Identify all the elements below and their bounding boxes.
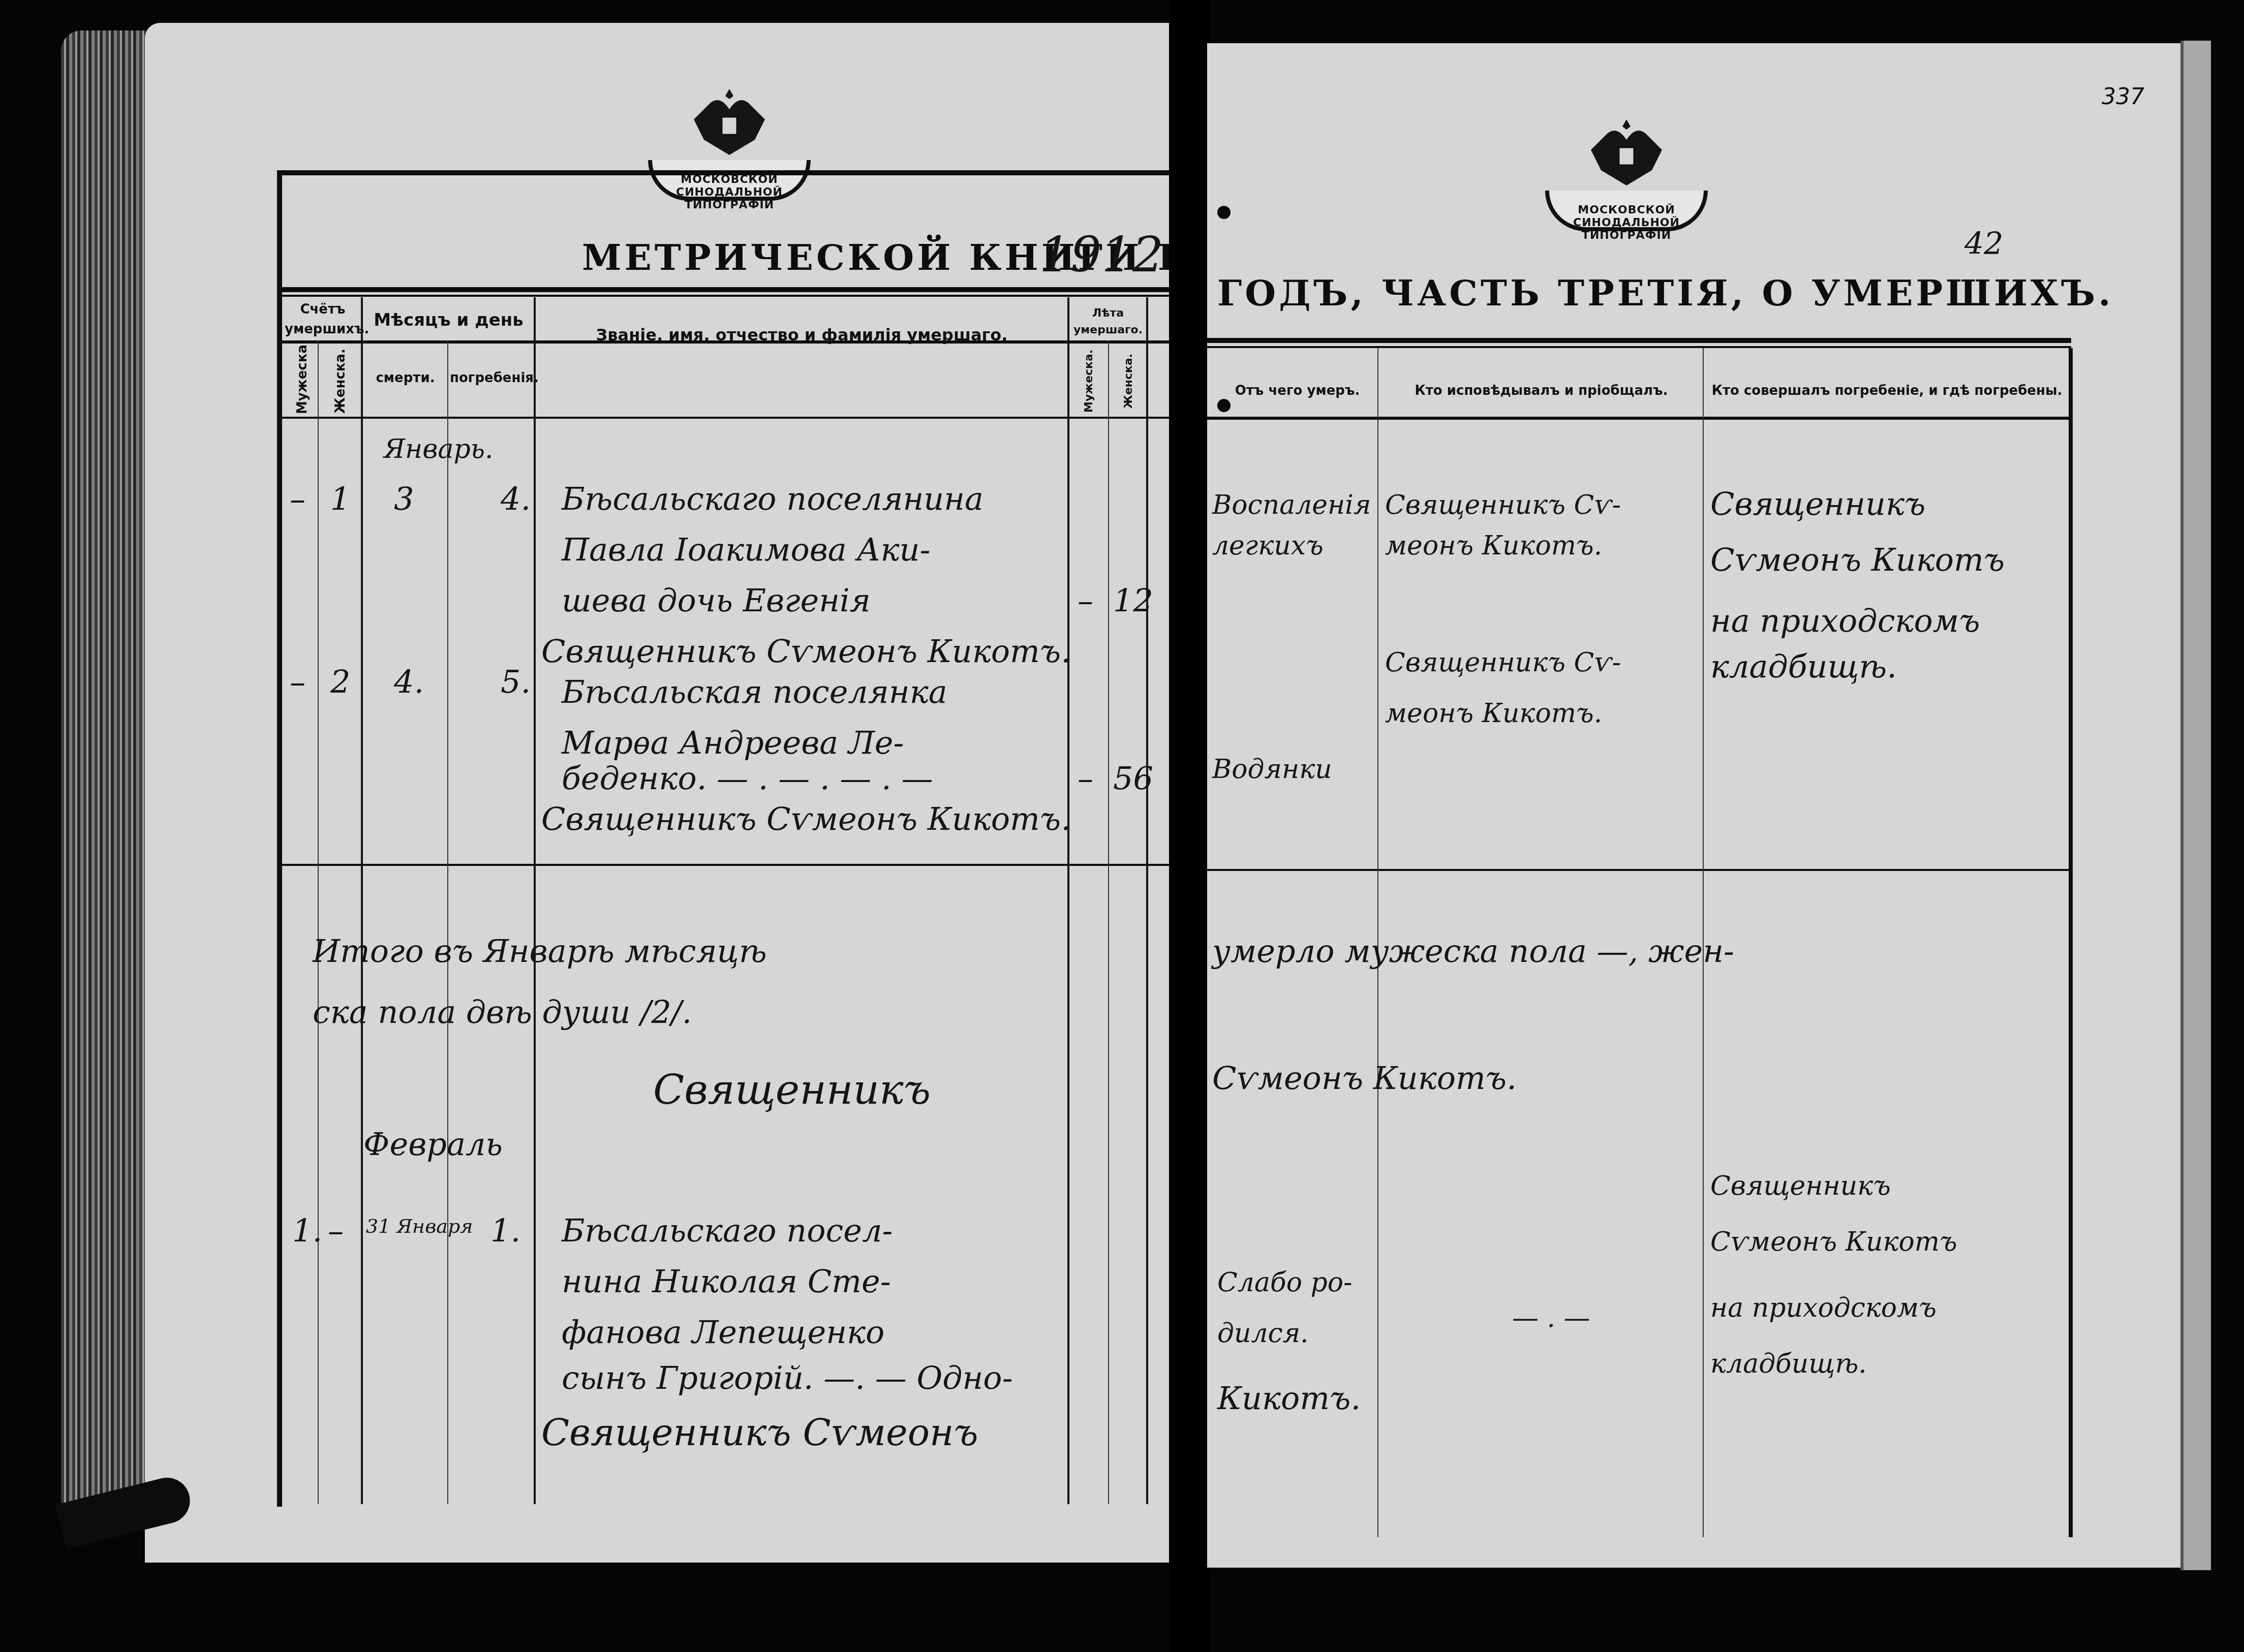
record-name-line: Бѣсальская поселянка xyxy=(562,668,947,715)
record-signature: Священникъ Сѵмеонъ xyxy=(541,1405,978,1460)
header-age-male: Мужеска. xyxy=(1081,348,1097,414)
record-name-line: Павла Іоакимова Аки- xyxy=(562,526,930,573)
section-divider-rule xyxy=(1207,869,2071,871)
title-right: ГОДЪ, ЧАСТЬ ТРЕТІЯ, О УМЕРШИХЪ. xyxy=(1217,272,2114,314)
record-confessor-line: Священникъ Сѵ- xyxy=(1385,643,1621,682)
record-cause-line: Воспаленія xyxy=(1212,485,1371,525)
header-age-group: Лѣта умершаго. xyxy=(1070,305,1146,338)
header-bottom-rule xyxy=(1207,417,2071,420)
record-burial-day: 5. xyxy=(501,658,531,705)
header-cause: Отъ чего умеръ. xyxy=(1217,381,1377,401)
top-frame-rule xyxy=(277,170,1172,175)
record-cause-line: Слабо ро- xyxy=(1217,1263,1352,1302)
year-value: 1912 xyxy=(1039,226,1163,283)
page-number: 42 xyxy=(1964,226,2003,262)
header-double-rule xyxy=(1207,338,2071,343)
record-cause-line: Водянки xyxy=(1212,750,1332,789)
header-burial: Кто совершалъ погребеніе, и гдѣ погребен… xyxy=(1705,381,2069,401)
right-frame-rule xyxy=(2069,348,2073,1537)
header-date-burial: погребенія. xyxy=(450,368,534,388)
record-death-day: 31 Января xyxy=(366,1212,473,1241)
record-cause-line: дился. xyxy=(1217,1314,1309,1353)
summary-line-right: умерло мужеска пола —, жен- xyxy=(1212,927,1734,975)
header-double-rule-thin xyxy=(282,295,1172,297)
col-divider-male xyxy=(318,340,319,1504)
record-name-line: шева дочь Евгенія xyxy=(562,577,871,624)
header-count-female: Женска. xyxy=(331,348,351,414)
month-january: Январь. xyxy=(384,429,494,469)
col-divider-age xyxy=(1108,340,1109,1504)
binding-hole xyxy=(1217,206,1231,219)
record-name-line: Бѣсальскаго поселянина xyxy=(562,475,983,522)
record-cause-line: легкихъ xyxy=(1212,526,1324,566)
left-frame-rule xyxy=(277,175,282,1507)
record-age-female: 12 xyxy=(1113,577,1153,624)
record-male-no: – xyxy=(290,475,305,522)
header-age-female: Женска. xyxy=(1120,348,1137,414)
record-confessor-line: меонъ Кикотъ. xyxy=(1385,694,1602,733)
record-name-line: нина Николая Сте- xyxy=(562,1258,891,1305)
record-burial-day: 4. xyxy=(501,475,531,522)
col-divider-age-end xyxy=(1146,297,1148,1504)
record-burial-line: на приходскомъ xyxy=(1710,597,1980,644)
col-divider-date xyxy=(534,297,536,1504)
header-confessor: Кто исповѣдывалъ и пріобщалъ. xyxy=(1380,381,1703,401)
record-confessor-line: Священникъ Сѵ- xyxy=(1385,485,1621,525)
record-age-male: – xyxy=(1078,755,1093,802)
record-signature: Священникъ Сѵмеонъ Кикотъ. xyxy=(541,795,1071,843)
record-female-no: 1 xyxy=(330,475,350,522)
crest-ribbon-text: МОСКОВСКОЙ СИНОДАЛЬНОЙ ТИПОГРАФІИ xyxy=(1545,191,1708,231)
col-divider-count xyxy=(361,297,363,1504)
record-age-female: 56 xyxy=(1113,755,1153,802)
double-headed-eagle-icon xyxy=(1576,114,1677,196)
header-bottom-rule xyxy=(282,417,1172,419)
book-gutter xyxy=(1169,0,1210,1652)
right-page-edge xyxy=(2180,41,2211,1570)
header-date-death: смерти. xyxy=(363,368,447,388)
right-page: МОСКОВСКОЙ СИНОДАЛЬНОЙ ТИПОГРАФІИ 42 ГОД… xyxy=(1207,43,2203,1568)
record-burial-line: на приходскомъ xyxy=(1710,1288,1936,1328)
record-male-no: 1. xyxy=(292,1207,322,1254)
double-headed-eagle-icon xyxy=(679,84,780,165)
crest-ribbon-text: МОСКОВСКОЙ СИНОДАЛЬНОЙ ТИПОГРАФІИ xyxy=(648,160,811,201)
record-burial-line: Сѵмеонъ Кикотъ xyxy=(1710,536,2005,583)
header-count-male: Мужеска. xyxy=(293,348,313,414)
header-male-cell: Мужеска. xyxy=(287,348,318,414)
section-divider-rule xyxy=(282,864,1172,866)
record-signature-right: Кикотъ. xyxy=(1217,1375,1361,1422)
record-female-no: 2 xyxy=(330,658,350,705)
record-name-line: Бѣсальскаго посел- xyxy=(562,1207,893,1254)
record-confessor-line: меонъ Кикотъ. xyxy=(1385,526,1602,566)
header-double-rule xyxy=(282,287,1172,292)
header-date-group: Мѣсяцъ и день xyxy=(363,307,534,333)
book-page-edges xyxy=(61,30,152,1514)
record-female-no: – xyxy=(328,1207,344,1254)
folio-number: 337 xyxy=(2102,84,2144,110)
header-double-rule-thin xyxy=(1207,346,2071,348)
col-divider-name xyxy=(1067,297,1069,1504)
record-burial-line: кладбищѣ. xyxy=(1710,643,1897,690)
record-name-line: сынъ Григорій. —. — Одно- xyxy=(562,1354,1013,1401)
summary-line-2: ска пола двѣ души /2/. xyxy=(313,988,692,1036)
header-name: Званіе, имя, отчество и фамилія умершаго… xyxy=(536,323,1067,347)
header-count-group: Счётъ умершихъ. xyxy=(285,300,361,339)
header-age-female-cell: Женска. xyxy=(1111,348,1146,414)
summary-line-left: Итого въ Январѣ мѣсяцѣ xyxy=(313,927,767,975)
imperial-crest-left: МОСКОВСКОЙ СИНОДАЛЬНОЙ ТИПОГРАФІИ xyxy=(648,74,811,206)
record-death-day: 4. xyxy=(394,658,424,705)
header-age-male-cell: Мужеска. xyxy=(1070,348,1108,414)
record-burial-line: Сѵмеонъ Кикотъ xyxy=(1710,1222,1957,1262)
record-male-no: – xyxy=(290,658,305,705)
month-february: Февраль xyxy=(363,1120,503,1168)
record-burial-line: кладбищѣ. xyxy=(1710,1344,1867,1384)
header-female-cell: Женска. xyxy=(320,348,361,414)
summary-signature-left: Священникъ xyxy=(653,1059,931,1120)
summary-signature-right: Сѵмеонъ Кикотъ. xyxy=(1212,1054,1517,1102)
record-death-day: 3 xyxy=(394,475,414,522)
record-name-line: фанова Лепещенко xyxy=(562,1308,884,1356)
record-age-male: – xyxy=(1078,577,1093,624)
imperial-crest-right: МОСКОВСКОЙ СИНОДАЛЬНОЙ ТИПОГРАФІИ xyxy=(1545,104,1708,236)
record-burial-line: Священникъ xyxy=(1710,1166,1891,1206)
record-burial-line: Священникъ xyxy=(1710,480,1925,527)
record-confessor-line: — . — xyxy=(1512,1298,1590,1338)
left-page: МОСКОВСКОЙ СИНОДАЛЬНОЙ ТИПОГРАФІИ МЕТРИЧ… xyxy=(145,23,1172,1563)
col-divider-death xyxy=(447,340,448,1504)
record-burial-day: 1. xyxy=(490,1207,520,1254)
